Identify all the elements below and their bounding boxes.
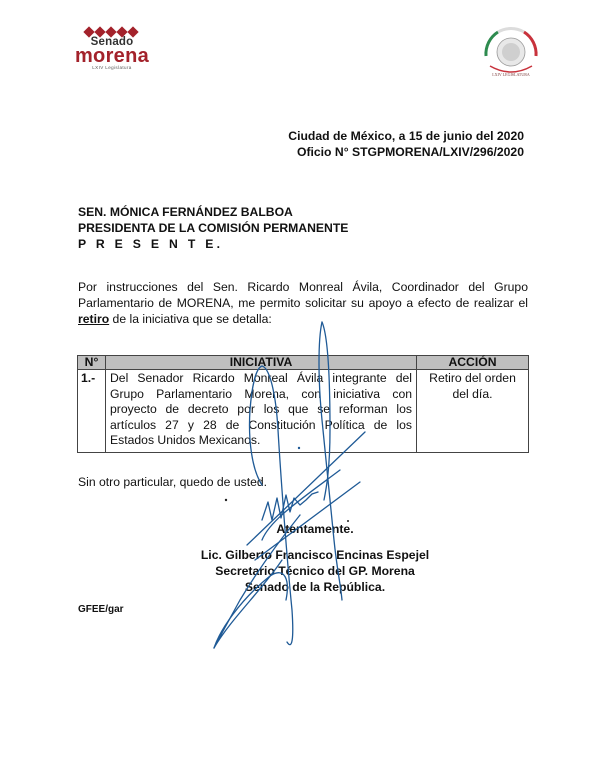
senado-seal-icon: LXIV LEGISLATURA <box>478 22 544 80</box>
row-iniciativa: Del Senador Ricardo Monreal Ávila integr… <box>106 370 417 453</box>
addressee-title: PRESIDENTA DE LA COMISIÓN PERMANENTE <box>78 220 348 236</box>
salutation: Atentamente. <box>160 521 470 537</box>
place-date: Ciudad de México, a 15 de junio del 2020 <box>288 129 524 145</box>
addressee-block: SEN. MÓNICA FERNÁNDEZ BALBOA PRESIDENTA … <box>78 204 348 252</box>
diamond-pattern-icon <box>81 27 143 37</box>
signer-institution: Senado de la República. <box>160 579 470 595</box>
row-num: 1.- <box>78 370 106 453</box>
date-block: Ciudad de México, a 15 de junio del 2020… <box>288 129 524 160</box>
header-accion: ACCIÓN <box>417 356 529 370</box>
signer-name: Lic. Gilberto Francisco Encinas Espejel <box>160 547 470 563</box>
signer-position: Secretario Técnico del GP. Morena <box>160 563 470 579</box>
retiro-emphasis: retiro <box>78 312 109 326</box>
addressee-name: SEN. MÓNICA FERNÁNDEZ BALBOA <box>78 204 348 220</box>
svg-text:LXIV LEGISLATURA: LXIV LEGISLATURA <box>492 72 530 77</box>
header-num: N° <box>78 356 106 370</box>
oficio-number: Oficio N° STGPMORENA/LXIV/296/2020 <box>288 145 524 161</box>
body-text-end: de la iniciativa que se detalla: <box>109 312 272 326</box>
signature-block: Atentamente. Lic. Gilberto Francisco Enc… <box>160 521 470 595</box>
closing-line: Sin otro particular, quedo de usted. <box>78 475 267 489</box>
header-iniciativa: INICIATIVA <box>106 356 417 370</box>
iniciativa-table: N° INICIATIVA ACCIÓN 1.- Del Senador Ric… <box>77 355 529 453</box>
table-header-row: N° INICIATIVA ACCIÓN <box>78 356 529 370</box>
row-accion: Retiro del orden del día. <box>417 370 529 453</box>
presente-label: P R E S E N T E. <box>78 236 348 252</box>
table-row: 1.- Del Senador Ricardo Monreal Ávila in… <box>78 370 529 453</box>
senado-morena-logo: Senado morena LXIV Legislatura <box>62 27 162 69</box>
reference-initials: GFEE/gar <box>78 604 124 615</box>
body-text-start: Por instrucciones del Sen. Ricardo Monre… <box>78 280 528 310</box>
body-paragraph: Por instrucciones del Sen. Ricardo Monre… <box>78 279 528 327</box>
logo-morena-text: morena <box>62 48 162 65</box>
